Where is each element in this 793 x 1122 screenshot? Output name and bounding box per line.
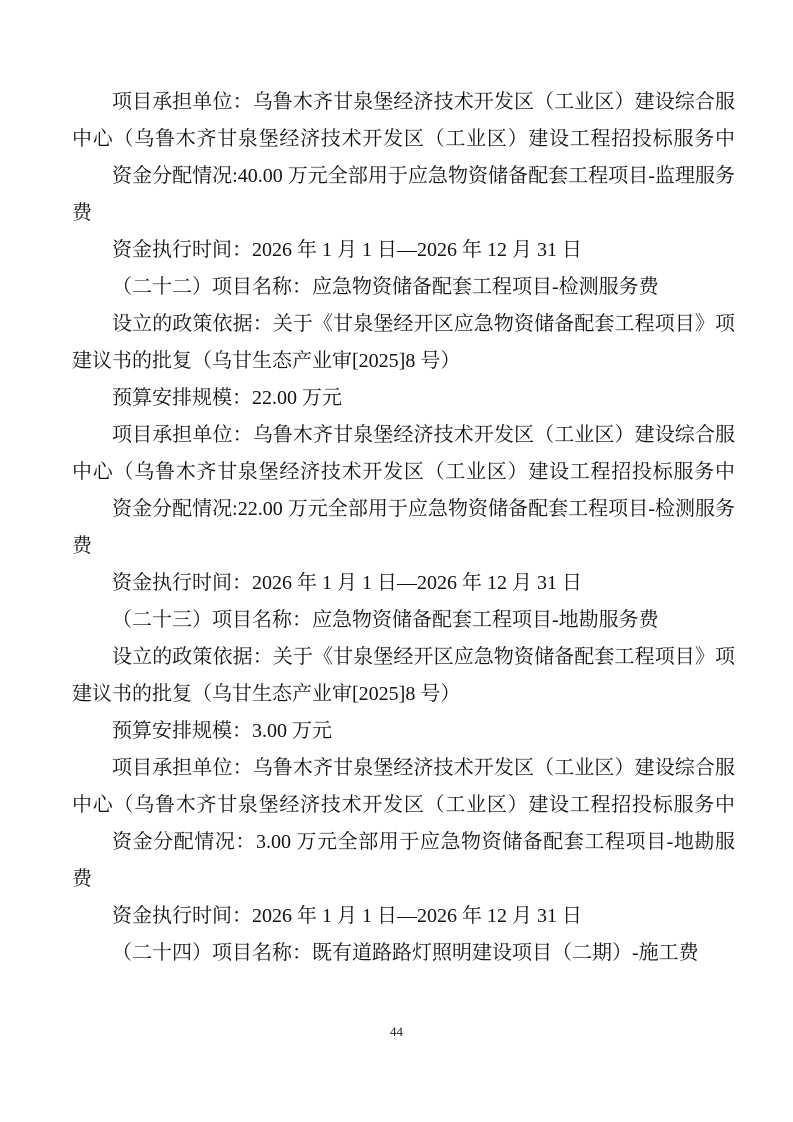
document-line: 项目承担单位：乌鲁木齐甘泉堡经济技术开发区（工业区）建设综合服务 (72, 417, 735, 454)
document-line: （二十四）项目名称：既有道路路灯照明建设项目（二期）-施工费 (72, 935, 735, 972)
document-page: 项目承担单位：乌鲁木齐甘泉堡经济技术开发区（工业区）建设综合服务中心（乌鲁木齐甘… (0, 0, 793, 1122)
document-line: 中心（乌鲁木齐甘泉堡经济技术开发区（工业区）建设工程招投标服务中心） (72, 787, 735, 824)
document-line: 费 (72, 528, 735, 565)
document-line: 资金分配情况：3.00 万元全部用于应急物资储备配套工程项目-地勘服务 (72, 824, 735, 861)
document-line: 设立的政策依据：关于《甘泉堡经开区应急物资储备配套工程项目》项目 (72, 306, 735, 343)
document-line: 资金分配情况:22.00 万元全部用于应急物资储备配套工程项目-检测服务 (72, 491, 735, 528)
document-line: 项目承担单位：乌鲁木齐甘泉堡经济技术开发区（工业区）建设综合服务 (72, 750, 735, 787)
document-line: 预算安排规模：3.00 万元 (72, 713, 735, 750)
document-line: 建议书的批复（乌甘生态产业审[2025]8 号） (72, 676, 735, 713)
document-line: 费 (72, 861, 735, 898)
page-number: 44 (0, 1024, 793, 1040)
document-line: 资金执行时间：2026 年 1 月 1 日—2026 年 12 月 31 日 (72, 898, 735, 935)
document-line: 中心（乌鲁木齐甘泉堡经济技术开发区（工业区）建设工程招投标服务中心） (72, 121, 735, 158)
document-line: 资金分配情况:40.00 万元全部用于应急物资储备配套工程项目-监理服务 (72, 158, 735, 195)
document-line: 费 (72, 195, 735, 232)
document-line: 资金执行时间：2026 年 1 月 1 日—2026 年 12 月 31 日 (72, 565, 735, 602)
document-line: 设立的政策依据：关于《甘泉堡经开区应急物资储备配套工程项目》项目 (72, 639, 735, 676)
document-line: 项目承担单位：乌鲁木齐甘泉堡经济技术开发区（工业区）建设综合服务 (72, 84, 735, 121)
document-line: （二十三）项目名称：应急物资储备配套工程项目-地勘服务费 (72, 602, 735, 639)
document-body: 项目承担单位：乌鲁木齐甘泉堡经济技术开发区（工业区）建设综合服务中心（乌鲁木齐甘… (72, 84, 735, 972)
document-line: 预算安排规模：22.00 万元 (72, 380, 735, 417)
document-line: （二十二）项目名称：应急物资储备配套工程项目-检测服务费 (72, 269, 735, 306)
document-line: 资金执行时间：2026 年 1 月 1 日—2026 年 12 月 31 日 (72, 232, 735, 269)
document-line: 中心（乌鲁木齐甘泉堡经济技术开发区（工业区）建设工程招投标服务中心） (72, 454, 735, 491)
document-line: 建议书的批复（乌甘生态产业审[2025]8 号） (72, 343, 735, 380)
